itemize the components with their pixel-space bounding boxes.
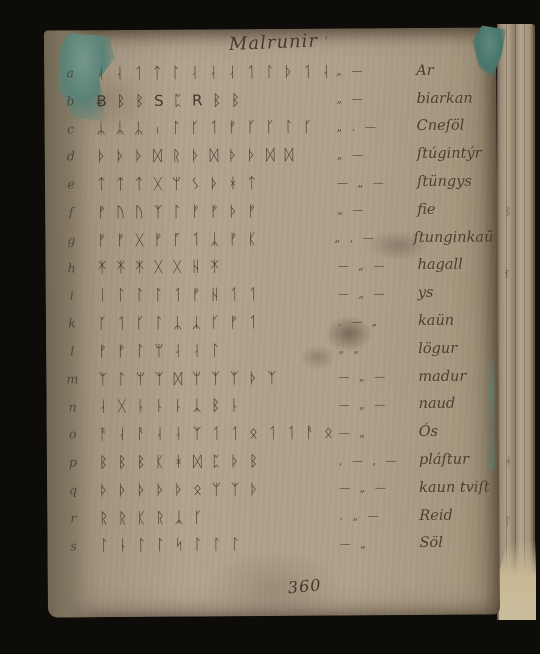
rune-name-label: kaün <box>418 313 454 329</box>
rune-sequence: ᚠ ᚠ ᚷ ᚠ ᚵ ᛐ ᛣ ᚠ ᛕ <box>97 229 334 249</box>
rune-sequence: ᚠ ᚠ ᛚ ᛘ ᛆ ᛆ ᛚ <box>98 340 338 360</box>
margin-letter: d <box>60 143 82 171</box>
ditto-marks: — „ — <box>338 259 418 273</box>
rune-sequence: ᚦ ᚦ ᚦ ᚦ ᚦ ᛟ ᛘ ᛉ ᚦ <box>99 479 339 499</box>
manuscript-page: Malrunir ʹ abcdefghiklmnopqrs ᛆ ᛆ ᛐ ᛏ ᛚ … <box>44 27 500 617</box>
rune-name-label: Söl <box>419 535 442 551</box>
manuscript-photo: ᛒſᚼᛚ Malrunir ʹ abcdefghiklmnopqrs ᛆ ᛆ ᛐ… <box>0 0 540 654</box>
margin-letter: q <box>62 476 84 504</box>
rune-sequence: ᛉ ᛚ ᛘ ᛉ ᛞ ᛘ ᛉ ᛉ ᚦ ᛉ <box>98 368 338 388</box>
rune-sequence: ᚴ ᛐ ᚴ ᛚ ᛣ ᛣ ᚴ ᚠ ᛐ <box>98 313 338 333</box>
rune-name-label: Ar <box>416 63 434 79</box>
ditto-marks: „ — <box>336 92 416 106</box>
rune-name-label: ſtüngys <box>417 174 472 190</box>
rune-name-label: lögur <box>418 341 457 357</box>
book-fore-edge <box>497 24 535 620</box>
rune-row: ᛒ ᛒ ᛒ ᛕ ᚼ ᛞ ᛈ ᚦ ᛒ , — , — pláſtur <box>99 446 495 477</box>
rune-name-label: fie <box>417 202 435 218</box>
rune-sequence: ᛆ ᚷ ᚿ ᚿ ᚿ ᛣ ᛒ ᚿ <box>99 396 339 416</box>
ditto-marks: „ — <box>336 64 416 78</box>
rune-row: ᚨ ᛆ ᚨ ᛆ ᛆ ᛉ ᛐ ᛐ ᛟ ᛐ ᛐ ᚨ ᛟ — „ Ós <box>99 418 495 449</box>
rune-row: ᛡ ᛡ ᛡ ᚷ ᚷ ᚺ ᛡ — „ — hagall <box>98 251 494 282</box>
margin-letter: s <box>62 532 84 560</box>
ditto-marks: — „ <box>340 537 420 551</box>
rune-name-label: ſtunginkaū <box>413 229 493 246</box>
margin-letter: i <box>61 282 83 310</box>
rune-sequence: ᛏ ᛏ ᛏ ᚷ ᛘ ᛊ ᚦ ᚼ ᛏ <box>97 174 337 194</box>
margin-alphabet: abcdefghiklmnopqrs <box>59 59 84 559</box>
margin-letter: g <box>60 226 82 254</box>
rune-row: ᛦ ᛦ ᛦ ᛧ ᛚ ᚴ ᛐ ᚠ ᚴ ᚴ ᛚ ᚴ „ . — Cneſöl <box>97 112 493 143</box>
rune-name-label: kaun tviſt <box>419 479 490 495</box>
rune-row: ᛚ ᚿ ᛚ ᛚ ᛋ ᛚ ᛚ ᛚ — „ Söl <box>99 529 495 560</box>
margin-letter: c <box>60 115 82 143</box>
ditto-marks: „ . — <box>337 120 417 134</box>
ditto-marks: , — , — <box>339 454 419 468</box>
rune-name-label: pláſtur <box>419 452 469 468</box>
rune-name-label: madur <box>418 368 466 384</box>
title-flourish: ʹ <box>325 35 330 49</box>
margin-letter: p <box>62 448 84 476</box>
rune-row: ᛉ ᛚ ᛘ ᛉ ᛞ ᛘ ᛉ ᛉ ᚦ ᛉ — „ — madur <box>98 362 494 393</box>
ditto-marks: — „ — <box>339 481 419 495</box>
ditto-marks: — „ <box>339 426 419 440</box>
margin-letter: a <box>59 59 81 87</box>
rune-row: ᛏ ᛏ ᛏ ᚷ ᛘ ᛊ ᚦ ᚼ ᛏ — „ — ſtüngys <box>97 168 493 199</box>
ditto-marks: „ — <box>337 148 417 162</box>
rune-sequence: Ƀ ᛒ ᛒ S ᛈ R ᛒ ᛒ <box>96 90 336 110</box>
margin-letter: e <box>60 171 82 199</box>
margin-letter: o <box>62 421 84 449</box>
rune-row: ᚠ ᚢ ᚢ ᛉ ᛚ ᚠ ᚠ ᚦ ᚠ „ — fie <box>97 195 493 226</box>
rune-row: ᚴ ᛐ ᚴ ᛚ ᛣ ᛣ ᚴ ᚠ ᛐ . — „ kaün <box>98 307 494 338</box>
rune-name-label: biarkan <box>416 90 472 106</box>
rune-row: ᚦ ᚦ ᚦ ᚦ ᚦ ᛟ ᛘ ᛉ ᚦ — „ — kaun tviſt <box>99 473 495 504</box>
margin-letter: m <box>61 365 83 393</box>
ditto-marks: . — „ <box>338 315 418 329</box>
ditto-marks: — „ — <box>338 370 418 384</box>
rune-row: ᚦ ᚦ ᚦ ᛞ ᚱ ᚦ ᛞ ᚦ ᚦ ᛞ ᛞ „ — ſtúgintýr <box>97 140 493 171</box>
rune-sequence: ᛁ ᛚ ᛚ ᛚ ᛐ ᚠ ᚺ ᛐ ᛐ <box>98 285 338 305</box>
rune-row: ᚱ ᚱ ᛕ ᚱ ᛣ ᚴ . „ — Reid <box>99 501 495 532</box>
rune-name-label: Cneſöl <box>417 118 465 134</box>
fore-edge-ink-mark: ᛚ <box>505 515 512 528</box>
ditto-marks: — „ — <box>339 398 419 412</box>
fore-edge-ink-mark: ᛒ <box>505 205 512 218</box>
rune-sequence: ᚦ ᚦ ᚦ ᛞ ᚱ ᚦ ᛞ ᚦ ᚦ ᛞ ᛞ <box>97 146 337 166</box>
rune-sequence: ᚠ ᚢ ᚢ ᛉ ᛚ ᚠ ᚠ ᚦ ᚠ <box>97 201 337 221</box>
rune-sequence: ᛚ ᚿ ᛚ ᛚ ᛋ ᛚ ᛚ ᛚ <box>99 535 339 555</box>
rune-name-label: ys <box>418 285 434 301</box>
rune-name-label: Reid <box>419 507 453 523</box>
rune-sequence: ᛦ ᛦ ᛦ ᛧ ᛚ ᚴ ᛐ ᚠ ᚴ ᚴ ᛚ ᚴ <box>97 118 337 138</box>
rune-name-label: ſtúgintýr <box>417 146 482 162</box>
ditto-marks: „ „ <box>338 342 418 356</box>
page-title-text: Malrunir <box>229 30 319 55</box>
margin-letter: l <box>61 337 83 365</box>
ditto-marks: — „ — <box>338 287 418 301</box>
rune-row: ᚠ ᚠ ᚷ ᚠ ᚵ ᛐ ᛣ ᚠ ᛕ „ , — ſtunginkaū <box>97 223 493 254</box>
rune-name-label: hagall <box>418 257 463 273</box>
margin-letter: f <box>60 198 82 226</box>
ditto-marks: — „ — <box>337 176 417 190</box>
rune-name-label: Ós <box>419 424 438 440</box>
margin-letter: b <box>59 87 81 115</box>
margin-letter: n <box>61 393 83 421</box>
page-title: Malrunir ʹ <box>194 28 365 56</box>
rune-row: ᛁ ᛚ ᛚ ᛚ ᛐ ᚠ ᚺ ᛐ ᛐ — „ — ys <box>98 279 494 310</box>
margin-letter: h <box>61 254 83 282</box>
rune-row: Ƀ ᛒ ᛒ S ᛈ R ᛒ ᛒ „ — biarkan <box>96 84 492 115</box>
rune-row: ᛆ ᛆ ᛐ ᛏ ᛚ ᛆ ᛆ ᛆ ᛐ ᛚ ᚦ ᛐ ᛆ „ — Ar <box>96 56 492 87</box>
ditto-marks: „ — <box>337 203 417 217</box>
rune-sequence: ᚨ ᛆ ᚨ ᛆ ᛆ ᛉ ᛐ ᛐ ᛟ ᛐ ᛐ ᚨ ᛟ <box>99 424 339 444</box>
ditto-marks: „ , — <box>334 231 413 245</box>
rune-row: ᚠ ᚠ ᛚ ᛘ ᛆ ᛆ ᛚ „ „ lögur <box>98 334 494 365</box>
fore-edge-ink-mark: ᚼ <box>505 455 512 468</box>
rune-sequence: ᛆ ᛆ ᛐ ᛏ ᛚ ᛆ ᛆ ᛆ ᛐ ᛚ ᚦ ᛐ ᛆ <box>96 62 336 82</box>
ditto-marks: . „ — <box>339 509 419 523</box>
rune-table: ᛆ ᛆ ᛐ ᛏ ᛚ ᛆ ᛆ ᛆ ᛐ ᛚ ᚦ ᛐ ᛆ „ — Ar Ƀ ᛒ ᛒ S… <box>96 56 495 559</box>
rune-sequence: ᚱ ᚱ ᛕ ᚱ ᛣ ᚴ <box>99 507 339 527</box>
fore-edge-ink-mark: ſ <box>505 268 509 281</box>
rune-name-label: naud <box>419 396 456 412</box>
margin-letter: k <box>61 309 83 337</box>
rune-sequence: ᛒ ᛒ ᛒ ᛕ ᚼ ᛞ ᛈ ᚦ ᛒ <box>99 452 339 472</box>
page-number: 360 <box>287 575 322 597</box>
rune-sequence: ᛡ ᛡ ᛡ ᚷ ᚷ ᚺ ᛡ <box>98 257 338 277</box>
margin-letter: r <box>62 504 84 532</box>
rune-row: ᛆ ᚷ ᚿ ᚿ ᚿ ᛣ ᛒ ᚿ — „ — naud <box>98 390 494 421</box>
